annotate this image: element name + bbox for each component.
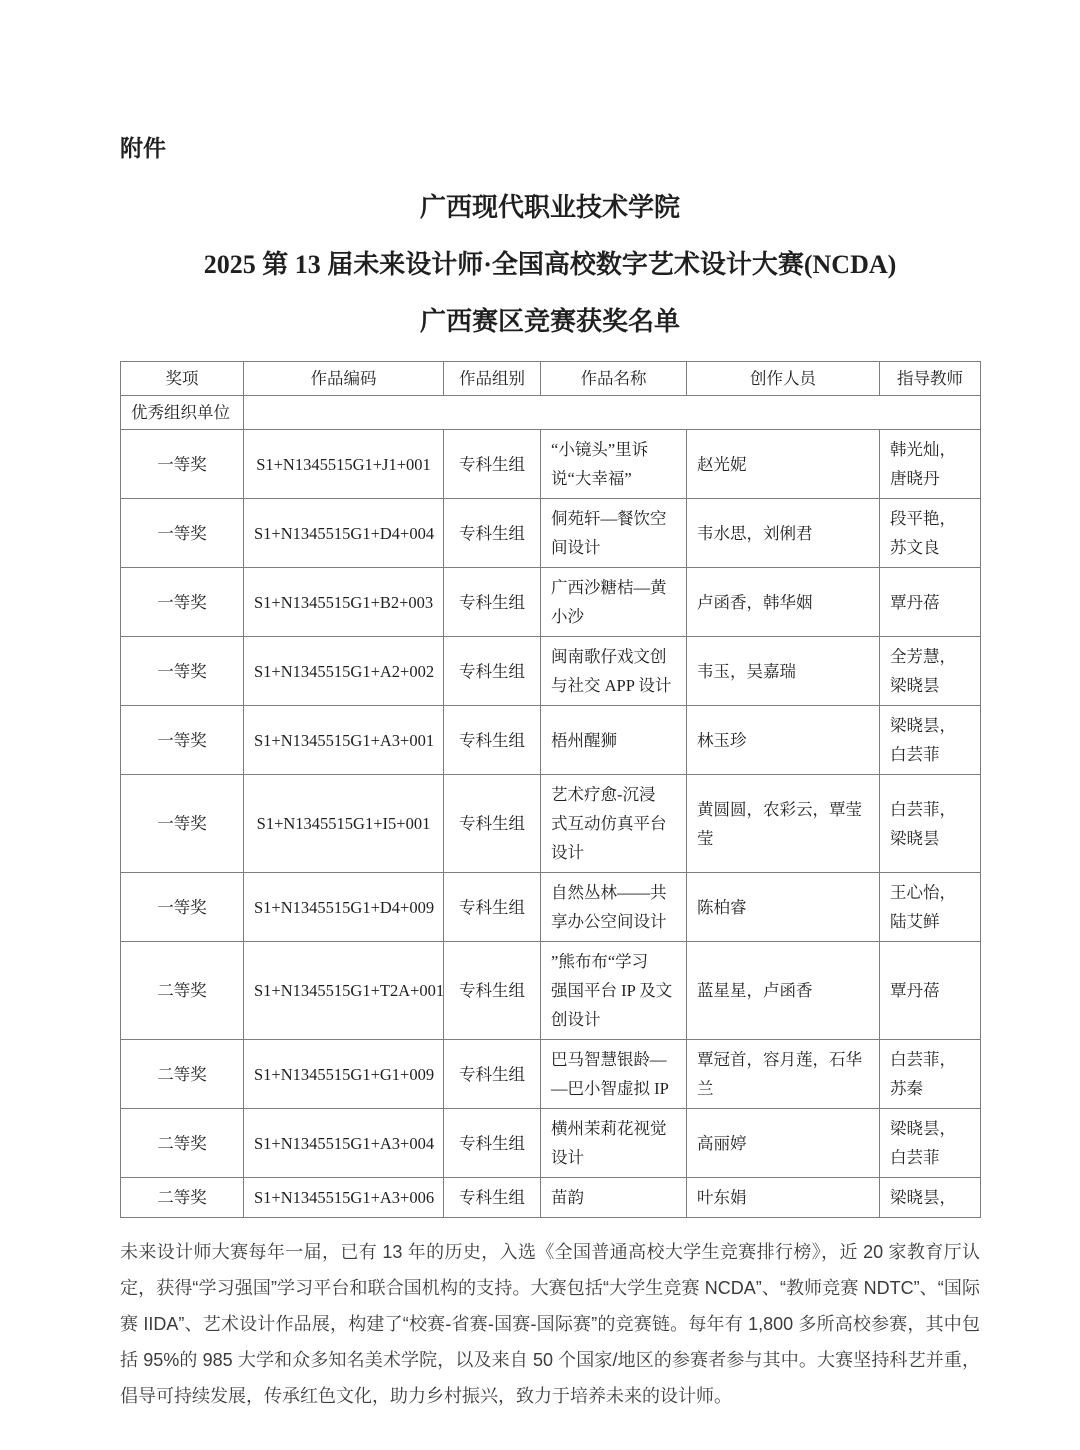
cell-creators: 黄圆圆，农彩云，覃莹 莹 <box>687 775 880 873</box>
document-page: 附件 广西现代职业技术学院 2025 第 13 届未来设计师·全国高校数字艺术设… <box>0 0 1080 1450</box>
table-row: 一等奖S1+N1345515G1+J1+001专科生组“小镜头”里诉 说“大幸福… <box>121 430 981 499</box>
header-cell-group: 作品组别 <box>444 362 541 396</box>
cell-teachers: 全芳慧， 梁晓昙 <box>880 637 981 706</box>
cell-group: 专科生组 <box>444 1040 541 1109</box>
cell-group: 专科生组 <box>444 942 541 1040</box>
table-row: 一等奖S1+N1345515G1+A3+001专科生组梧州醒狮林玉珍梁晓昙， 白… <box>121 706 981 775</box>
cell-code: S1+N1345515G1+A3+001 <box>244 706 444 775</box>
cell-creators: 林玉珍 <box>687 706 880 775</box>
cell-award: 二等奖 <box>121 942 244 1040</box>
table-header-row: 奖项 作品编码 作品组别 作品名称 创作人员 指导教师 <box>121 362 981 396</box>
header-cell-code: 作品编码 <box>244 362 444 396</box>
cell-title: “小镜头”里诉 说“大幸福” <box>541 430 687 499</box>
document-title-block: 广西现代职业技术学院 2025 第 13 届未来设计师·全国高校数字艺术设计大赛… <box>120 179 980 350</box>
cell-teachers: 白芸菲， 梁晓昙 <box>880 775 981 873</box>
cell-creators: 叶东娟 <box>687 1178 880 1218</box>
cell-teachers: 梁晓昙， 白芸菲 <box>880 1109 981 1178</box>
cell-group: 专科生组 <box>444 706 541 775</box>
cell-creators: 卢函香，韩华姻 <box>687 568 880 637</box>
cell-code: S1+N1345515G1+G1+009 <box>244 1040 444 1109</box>
cell-creators: 韦水思，刘俐君 <box>687 499 880 568</box>
title-line-competition: 2025 第 13 届未来设计师·全国高校数字艺术设计大赛(NCDA) <box>120 236 980 293</box>
cell-code: S1+N1345515G1+I5+001 <box>244 775 444 873</box>
cell-group: 专科生组 <box>444 1109 541 1178</box>
cell-award: 一等奖 <box>121 706 244 775</box>
cell-award: 一等奖 <box>121 499 244 568</box>
cell-title: 横州茉莉花视觉 设计 <box>541 1109 687 1178</box>
header-cell-award: 奖项 <box>121 362 244 396</box>
title-line-award-list: 广西赛区竞赛获奖名单 <box>120 293 980 350</box>
header-cell-creators: 创作人员 <box>687 362 880 396</box>
awards-table-body: 优秀组织单位 一等奖S1+N1345515G1+J1+001专科生组“小镜头”里… <box>121 396 981 1218</box>
cell-teachers: 覃丹蓓 <box>880 942 981 1040</box>
cell-group: 专科生组 <box>444 568 541 637</box>
cell-title: 自然丛林——共 享办公空间设计 <box>541 873 687 942</box>
cell-title: 广西沙糖桔—黄 小沙 <box>541 568 687 637</box>
cell-code: S1+N1345515G1+A2+002 <box>244 637 444 706</box>
footer-paragraph: 未来设计师大赛每年一届，已有 13 年的历史，入选《全国普通高校大学生竞赛排行榜… <box>120 1234 980 1414</box>
header-cell-title: 作品名称 <box>541 362 687 396</box>
cell-creators: 赵光妮 <box>687 430 880 499</box>
cell-award: 二等奖 <box>121 1109 244 1178</box>
cell-group: 专科生组 <box>444 873 541 942</box>
cell-award: 一等奖 <box>121 775 244 873</box>
cell-award: 一等奖 <box>121 873 244 942</box>
table-row: 二等奖S1+N1345515G1+A3+004专科生组横州茉莉花视觉 设计高丽婷… <box>121 1109 981 1178</box>
cell-teachers: 白芸菲， 苏秦 <box>880 1040 981 1109</box>
table-row: 二等奖S1+N1345515G1+A3+006专科生组苗韵叶东娟梁晓昙， <box>121 1178 981 1218</box>
cell-creators: 韦玉，吴嘉瑞 <box>687 637 880 706</box>
cell-code: S1+N1345515G1+A3+004 <box>244 1109 444 1178</box>
cell-title: 闽南歌仔戏文创 与社交 APP 设计 <box>541 637 687 706</box>
cell-creators: 蓝星星，卢函香 <box>687 942 880 1040</box>
cell-title: 梧州醒狮 <box>541 706 687 775</box>
cell-creators: 高丽婷 <box>687 1109 880 1178</box>
cell-group: 专科生组 <box>444 499 541 568</box>
cell-teachers: 梁晓昙， 白芸菲 <box>880 706 981 775</box>
cell-title: 艺术疗愈-沉浸 式互动仿真平台 设计 <box>541 775 687 873</box>
cell-group: 专科生组 <box>444 637 541 706</box>
table-row: 二等奖S1+N1345515G1+T2A+001专科生组”熊布布“学习 强国平台… <box>121 942 981 1040</box>
header-cell-teachers: 指导教师 <box>880 362 981 396</box>
cell-creators: 陈柏睿 <box>687 873 880 942</box>
cell-award: 一等奖 <box>121 637 244 706</box>
table-row: 一等奖S1+N1345515G1+B2+003专科生组广西沙糖桔—黄 小沙卢函香… <box>121 568 981 637</box>
title-line-college: 广西现代职业技术学院 <box>120 179 980 236</box>
cell-award: 二等奖 <box>121 1178 244 1218</box>
cell-creators: 覃冠首，容月莲，石华 兰 <box>687 1040 880 1109</box>
cell-code: S1+N1345515G1+A3+006 <box>244 1178 444 1218</box>
section-empty-cell <box>244 396 981 430</box>
table-row: 二等奖S1+N1345515G1+G1+009专科生组巴马智慧银龄— —巴小智虚… <box>121 1040 981 1109</box>
attachment-label: 附件 <box>120 135 980 163</box>
cell-group: 专科生组 <box>444 775 541 873</box>
cell-title: 苗韵 <box>541 1178 687 1218</box>
cell-code: S1+N1345515G1+D4+009 <box>244 873 444 942</box>
cell-title: ”熊布布“学习 强国平台 IP 及文 创设计 <box>541 942 687 1040</box>
cell-award: 一等奖 <box>121 430 244 499</box>
cell-teachers: 王心怡， 陆艾鲜 <box>880 873 981 942</box>
cell-title: 巴马智慧银龄— —巴小智虚拟 IP <box>541 1040 687 1109</box>
section-row-excellent-org: 优秀组织单位 <box>121 396 981 430</box>
cell-code: S1+N1345515G1+J1+001 <box>244 430 444 499</box>
cell-title: 侗苑轩—餐饮空 间设计 <box>541 499 687 568</box>
awards-table: 奖项 作品编码 作品组别 作品名称 创作人员 指导教师 优秀组织单位 一等奖S1… <box>120 361 981 1218</box>
cell-group: 专科生组 <box>444 1178 541 1218</box>
cell-code: S1+N1345515G1+D4+004 <box>244 499 444 568</box>
cell-group: 专科生组 <box>444 430 541 499</box>
cell-code: S1+N1345515G1+B2+003 <box>244 568 444 637</box>
cell-teachers: 梁晓昙， <box>880 1178 981 1218</box>
table-row: 一等奖S1+N1345515G1+D4+009专科生组自然丛林——共 享办公空间… <box>121 873 981 942</box>
table-row: 一等奖S1+N1345515G1+A2+002专科生组闽南歌仔戏文创 与社交 A… <box>121 637 981 706</box>
table-row: 一等奖S1+N1345515G1+I5+001专科生组艺术疗愈-沉浸 式互动仿真… <box>121 775 981 873</box>
cell-teachers: 覃丹蓓 <box>880 568 981 637</box>
cell-teachers: 韩光灿， 唐晓丹 <box>880 430 981 499</box>
section-label: 优秀组织单位 <box>121 396 244 430</box>
table-row: 一等奖S1+N1345515G1+D4+004专科生组侗苑轩—餐饮空 间设计韦水… <box>121 499 981 568</box>
cell-award: 二等奖 <box>121 1040 244 1109</box>
cell-code: S1+N1345515G1+T2A+001 <box>244 942 444 1040</box>
cell-teachers: 段平艳， 苏文良 <box>880 499 981 568</box>
cell-award: 一等奖 <box>121 568 244 637</box>
